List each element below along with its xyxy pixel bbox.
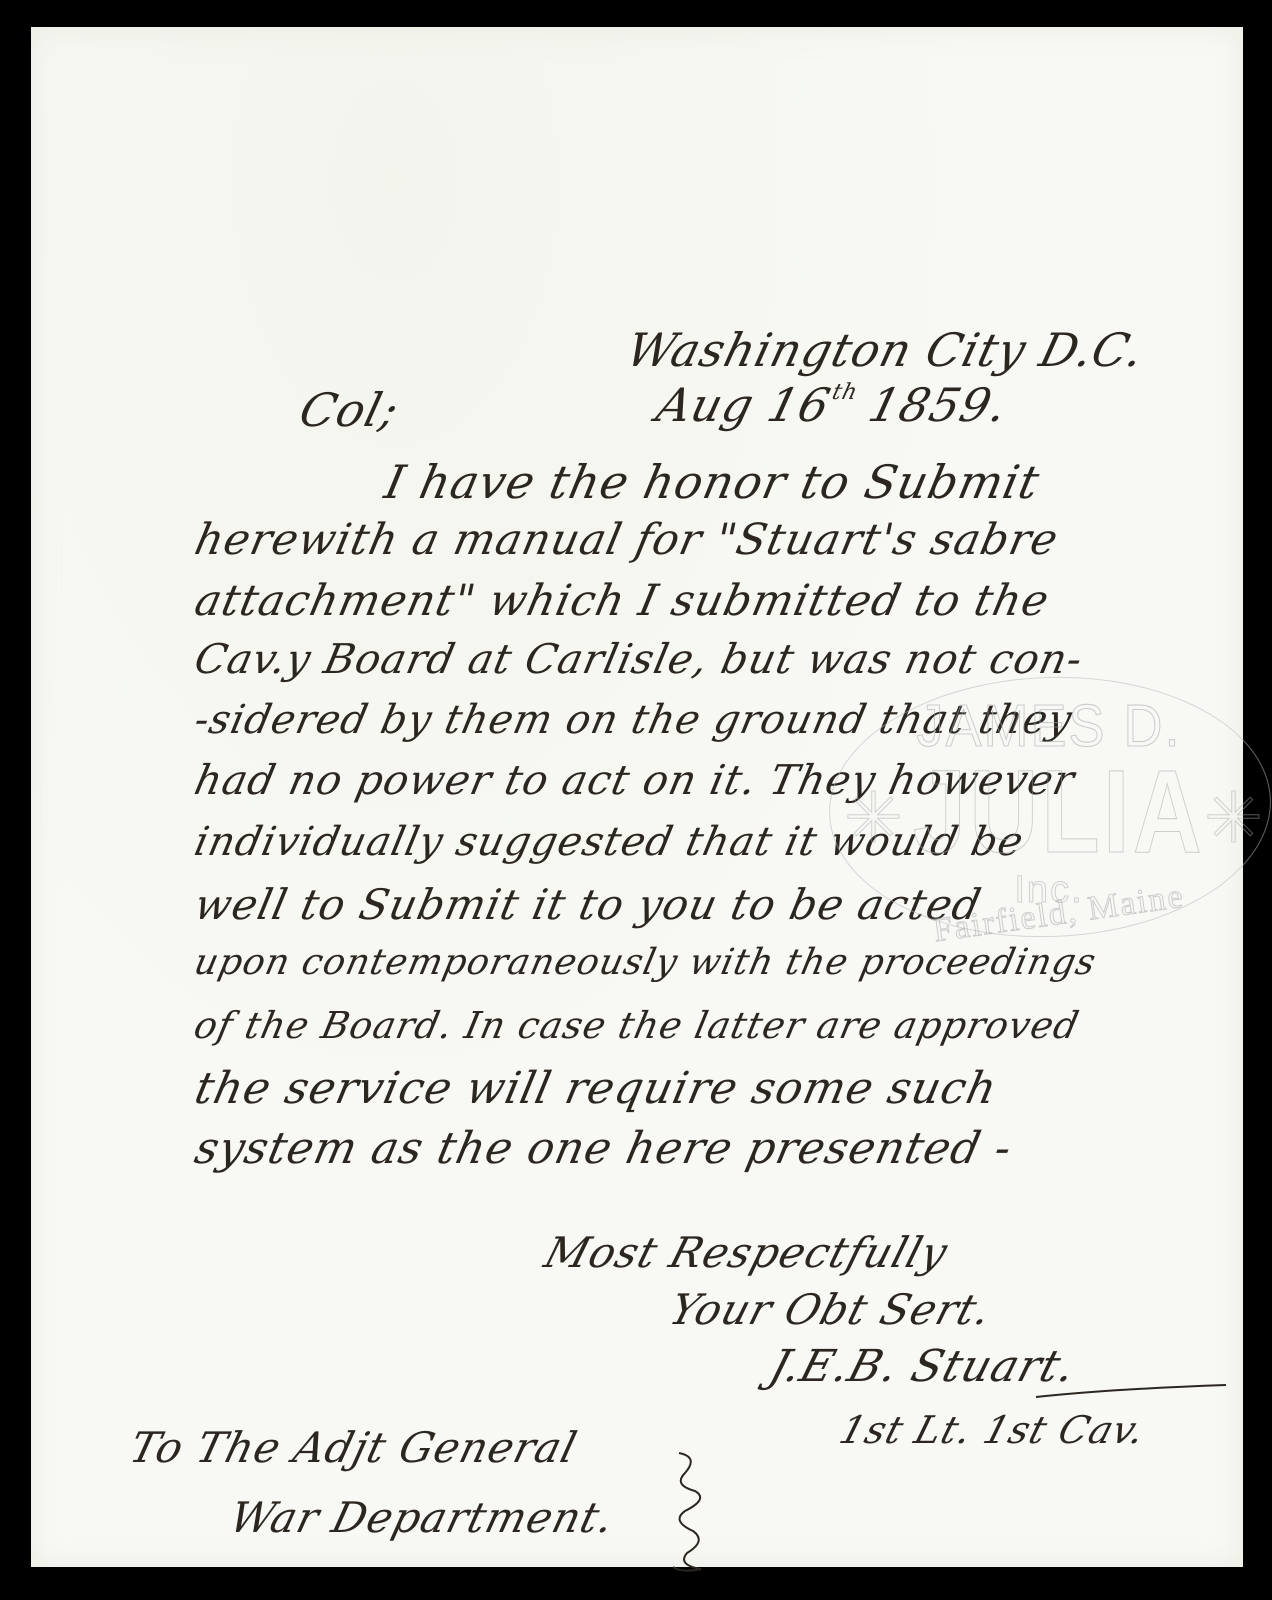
body-line-9: upon contemporaneously with the proceedi… <box>191 945 1099 981</box>
body-line-4: Cav.y Board at Carlisle, but was not con… <box>191 639 1087 680</box>
body-line-8: well to Submit it to you to be acted <box>191 884 985 926</box>
salutation: Col; <box>295 387 404 433</box>
body-line-3: attachment" which I submitted to the <box>191 580 1053 623</box>
addressee-line-2: War Department. <box>226 1497 619 1539</box>
body-line-10: of the Board. In case the latter are app… <box>191 1007 1083 1044</box>
body-line-7: individually suggested that it would be <box>191 822 1027 862</box>
body-line-11: the service will require some such <box>191 1067 1001 1111</box>
watermark-inc-text: Inc. <box>989 869 1109 912</box>
body-line-5: -sidered by them on the ground that they <box>191 700 1076 740</box>
signer-rank: 1st Lt. 1st Cav. <box>836 1411 1150 1449</box>
date-suffix: th <box>829 380 860 405</box>
date-year: 1859. <box>863 378 1013 432</box>
body-line-2: herewith a manual for "Stuart's sabre <box>191 519 1062 562</box>
letter-paper: Washington City D.C. Aug 16th 1859. Col;… <box>31 27 1243 1567</box>
letter-date: Aug 16th 1859. <box>652 382 1012 428</box>
body-line-12: system as the one here presented - <box>191 1127 1016 1171</box>
signature-flourish <box>1031 1367 1231 1407</box>
closing-line-2: Your Obt Sert. <box>665 1289 996 1331</box>
body-line-6: had no power to act on it. They however <box>191 760 1078 801</box>
body-line-1: I have the honor to Submit <box>381 459 1044 505</box>
closing-line-1: Most Respectfully <box>540 1232 952 1274</box>
addressee-line-1: To The Adjt General <box>126 1427 581 1469</box>
date-month-day: Aug 16 <box>651 378 836 432</box>
addressee-brace <box>671 1445 711 1575</box>
letter-place: Washington City D.C. <box>622 327 1149 373</box>
starburst-icon: ✳ <box>1204 777 1263 859</box>
